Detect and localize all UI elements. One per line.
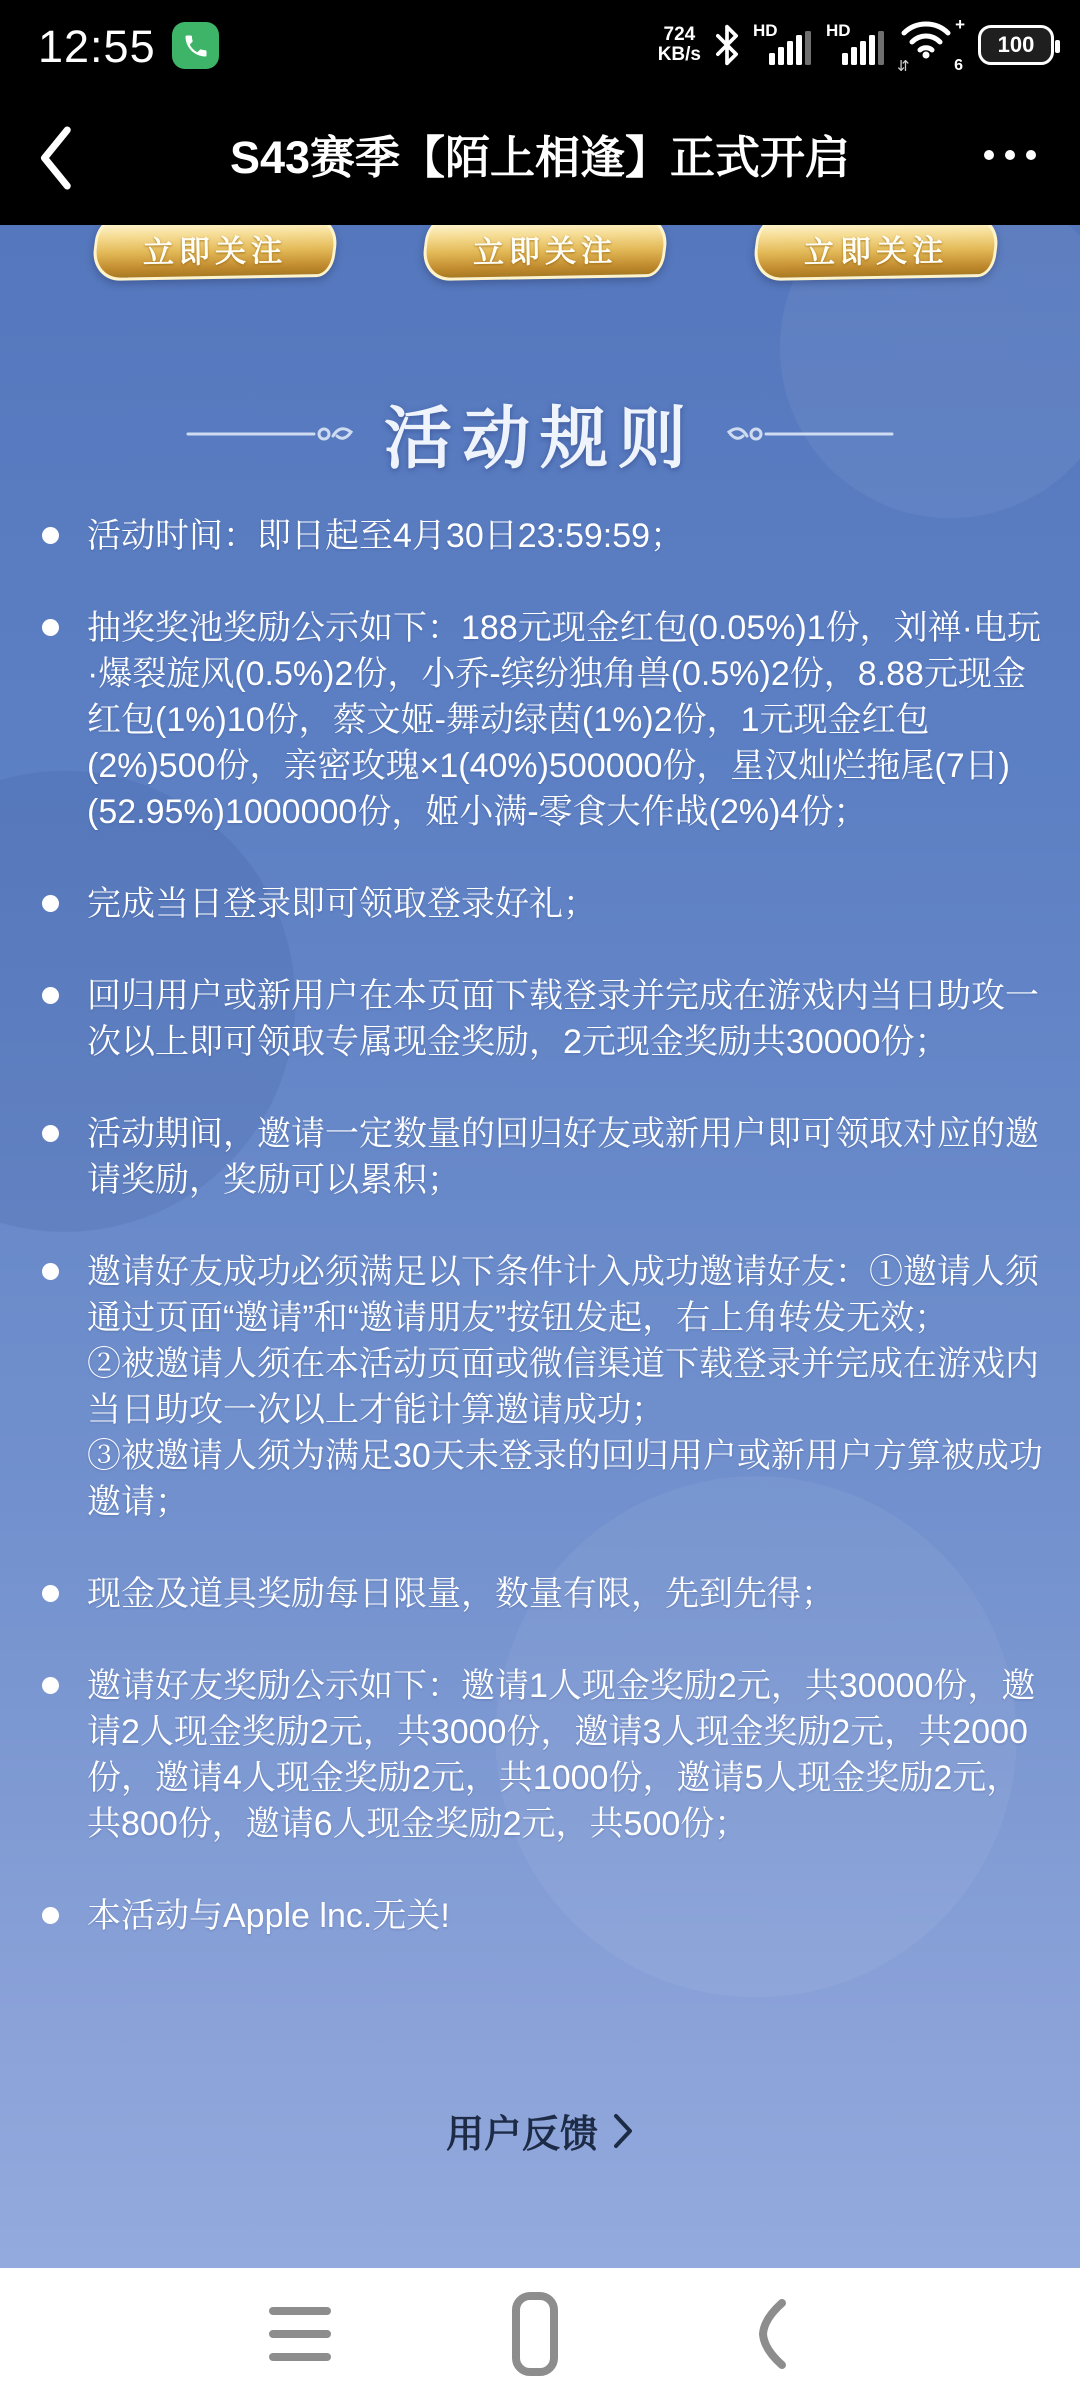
- signal-bar: [851, 47, 857, 65]
- sim2-signal-bars: [842, 31, 884, 65]
- battery-nub: [1055, 40, 1060, 53]
- rule-item: 活动时间：即日起至4月30日23:59:59；: [40, 513, 1045, 559]
- back-icon[interactable]: [34, 123, 84, 193]
- page-title: S43赛季【陌上相逢】正式开启: [120, 90, 960, 225]
- menu-bar: [269, 2330, 331, 2338]
- signal-bar: [878, 31, 884, 65]
- rule-item: 抽奖奖池奖励公示如下：188元现金红包(0.05%)1份，刘禅·电玩·爆裂旋风(…: [40, 605, 1045, 835]
- follow-now-button-2[interactable]: 立即关注: [420, 225, 670, 281]
- bullet-icon: [42, 1125, 59, 1142]
- rule-text: 活动时间：即日起至4月30日23:59:59；: [87, 517, 684, 555]
- rules-list: 活动时间：即日起至4月30日23:59:59； 抽奖奖池奖励公示如下：188元现…: [40, 513, 1045, 1985]
- rule-text: 完成当日登录即可领取登录好礼；: [87, 885, 597, 923]
- rule-item: 邀请好友奖励公示如下：邀请1人现金奖励2元，共30000份，邀请2人现金奖励2元…: [40, 1663, 1045, 1847]
- sim1-signal-icon: HD: [753, 20, 813, 70]
- sim2-signal-icon: HD: [826, 20, 886, 70]
- status-bar: 12:55 724 KB/s HD: [0, 0, 1080, 90]
- follow-now-button-3[interactable]: 立即关注: [751, 225, 1001, 281]
- rule-text: 邀请好友奖励公示如下：邀请1人现金奖励2元，共30000份，邀请2人现金奖励2元…: [87, 1667, 1035, 1843]
- network-speed-unit: KB/s: [658, 45, 701, 65]
- menu-bar: [269, 2307, 331, 2315]
- title-ornament-left-icon: [186, 421, 366, 447]
- wifi6-icon: + 6 ⇵: [899, 17, 965, 73]
- rule-item: 回归用户或新用户在本页面下载登录并完成在游戏内当日助攻一次以上即可领取专属现金奖…: [40, 973, 1045, 1065]
- rule-text: 活动期间，邀请一定数量的回归好友或新用户即可领取对应的邀请奖励，奖励可以累积；: [87, 1115, 1039, 1199]
- user-feedback-label: 用户反馈: [446, 2103, 598, 2158]
- nav-back-icon[interactable]: [737, 2268, 807, 2400]
- nav-bar: S43赛季【陌上相逢】正式开启: [0, 90, 1080, 225]
- user-feedback-link[interactable]: 用户反馈: [0, 2103, 1080, 2158]
- rule-text: 现金及道具奖励每日限量，数量有限，先到先得；: [87, 1575, 835, 1613]
- follow-now-label: 立即关注: [803, 225, 948, 272]
- wifi-arcs: [899, 17, 953, 59]
- signal-bar: [869, 35, 875, 65]
- follow-buttons-row: 立即关注 立即关注 立即关注: [0, 225, 1080, 289]
- battery-icon: 100: [978, 25, 1054, 65]
- rule-text: 邀请好友成功必须满足以下条件计入成功邀请好友：①邀请人须通过页面“邀请”和“邀请…: [87, 1253, 1043, 1521]
- signal-bar: [778, 47, 784, 65]
- bluetooth-icon: [714, 23, 740, 67]
- more-options-icon[interactable]: [984, 150, 1036, 160]
- status-time: 12:55: [38, 0, 156, 90]
- event-page-content: 立即关注 立即关注 立即关注 活动规则 活动时间：即日起至4月30: [0, 225, 1080, 2268]
- bullet-icon: [42, 987, 59, 1004]
- wifi-plus-label: +: [955, 15, 965, 35]
- follow-now-button-1[interactable]: 立即关注: [90, 225, 340, 281]
- rule-item: 活动期间，邀请一定数量的回归好友或新用户即可领取对应的邀请奖励，奖励可以累积；: [40, 1111, 1045, 1203]
- bullet-icon: [42, 1677, 59, 1694]
- phone-call-icon: [172, 22, 219, 69]
- signal-bar: [769, 53, 775, 65]
- bullet-icon: [42, 527, 59, 544]
- wifi-traffic-arrows: ⇵: [897, 57, 910, 75]
- battery-level: 100: [998, 32, 1035, 58]
- rule-item: 现金及道具奖励每日限量，数量有限，先到先得；: [40, 1571, 1045, 1617]
- chevron-right-icon: [612, 2113, 634, 2149]
- rules-title: 活动规则: [384, 385, 696, 482]
- rules-title-row: 活动规则: [0, 385, 1080, 482]
- dot: [1026, 150, 1036, 160]
- android-navigation-bar: [0, 2268, 1080, 2400]
- bullet-icon: [42, 895, 59, 912]
- rule-item: 本活动与Apple lnc.无关!: [40, 1893, 1045, 1939]
- bullet-icon: [42, 1585, 59, 1602]
- rule-item: 邀请好友成功必须满足以下条件计入成功邀请好友：①邀请人须通过页面“邀请”和“邀请…: [40, 1249, 1045, 1525]
- follow-now-label: 立即关注: [472, 225, 617, 272]
- phone-screen: 12:55 724 KB/s HD: [0, 0, 1080, 2400]
- network-speed: 724 KB/s: [658, 25, 701, 65]
- recent-apps-menu-icon[interactable]: [265, 2268, 335, 2400]
- signal-bar: [860, 41, 866, 65]
- network-speed-value: 724: [658, 25, 701, 45]
- menu-bar: [269, 2353, 331, 2361]
- rule-text: 抽奖奖池奖励公示如下：188元现金红包(0.05%)1份，刘禅·电玩·爆裂旋风(…: [87, 609, 1041, 831]
- home-icon[interactable]: [500, 2268, 570, 2400]
- bullet-icon: [42, 619, 59, 636]
- status-icons: 724 KB/s HD HD: [658, 0, 1054, 90]
- wifi-six-label: 6: [954, 57, 963, 75]
- rule-text: 本活动与Apple lnc.无关!: [87, 1897, 450, 1935]
- signal-bar: [842, 53, 848, 65]
- signal-bar: [805, 31, 811, 65]
- sim1-signal-bars: [769, 31, 811, 65]
- phone-glyph: [182, 32, 210, 60]
- signal-bar: [787, 41, 793, 65]
- title-ornament-right-icon: [714, 421, 894, 447]
- dot: [984, 150, 994, 160]
- follow-now-label: 立即关注: [142, 225, 287, 272]
- rule-text: 回归用户或新用户在本页面下载登录并完成在游戏内当日助攻一次以上即可领取专属现金奖…: [87, 977, 1039, 1061]
- bullet-icon: [42, 1263, 59, 1280]
- signal-bar: [796, 35, 802, 65]
- bullet-icon: [42, 1907, 59, 1924]
- rule-item: 完成当日登录即可领取登录好礼；: [40, 881, 1045, 927]
- dot: [1005, 150, 1015, 160]
